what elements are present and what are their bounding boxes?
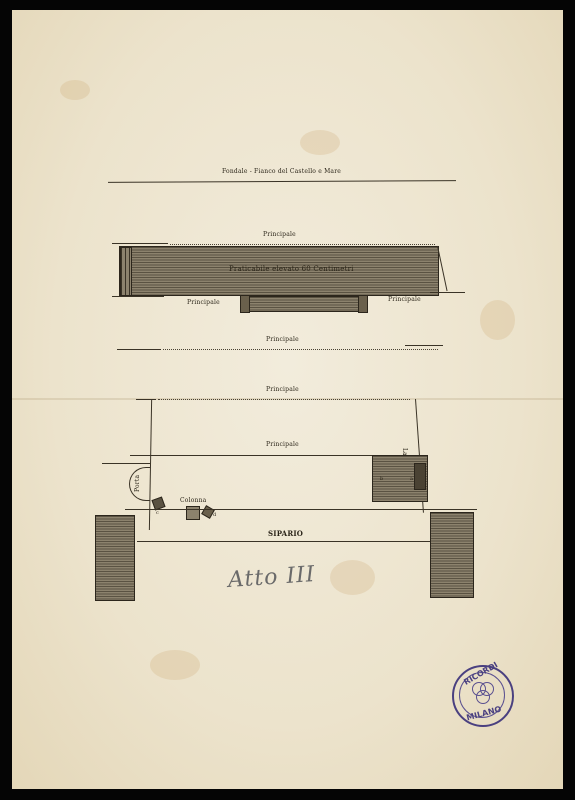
stamp-ring xyxy=(476,690,490,704)
principale-right-label: Principale xyxy=(388,296,421,303)
stair-post-right xyxy=(358,295,368,313)
platform-steps xyxy=(120,247,132,296)
side-platform-steps xyxy=(414,463,426,490)
wing-line xyxy=(430,292,465,293)
wing-line xyxy=(405,345,443,346)
stain xyxy=(60,80,90,100)
principale-top-label: Principale xyxy=(263,231,296,238)
sipario-label: SIPARIO xyxy=(268,529,303,538)
marker-a: a xyxy=(410,476,413,482)
colonna-label: Colonna xyxy=(180,497,206,504)
stair-unit xyxy=(240,296,368,312)
principale-row5-label: Principale xyxy=(266,441,299,448)
ricordi-stamp: RICORDI MILANO xyxy=(452,665,514,727)
wing-line xyxy=(112,296,164,297)
wing-dashed-line xyxy=(170,244,435,245)
wing-dashed-line xyxy=(158,399,410,400)
marker-b: b xyxy=(380,476,383,482)
wing-line xyxy=(102,463,150,464)
principale-row3-label: Principale xyxy=(266,336,299,343)
proscenium-left xyxy=(95,515,135,601)
wing-line xyxy=(112,243,168,244)
stain xyxy=(300,130,340,155)
stain xyxy=(150,650,200,680)
stain xyxy=(480,300,515,340)
wing-dashed-line xyxy=(163,349,438,350)
principale-left-label: Principale xyxy=(187,299,220,306)
sipario-line xyxy=(137,541,432,542)
stair-post-left xyxy=(240,295,250,313)
marker-d: d xyxy=(213,512,216,518)
porta-label: Porta xyxy=(134,475,141,492)
wing-line xyxy=(117,349,161,350)
proscenium-right xyxy=(430,512,474,598)
stain xyxy=(330,560,375,595)
fondale-label: Fondale - Fianco del Castello e Mare xyxy=(222,168,341,175)
proscenium-line xyxy=(125,509,477,510)
wing-line xyxy=(136,399,156,400)
principale-row4-label: Principale xyxy=(266,386,299,393)
platform-label: Praticabile elevato 60 Centimetri xyxy=(229,265,354,273)
marker-c: c xyxy=(156,510,159,516)
